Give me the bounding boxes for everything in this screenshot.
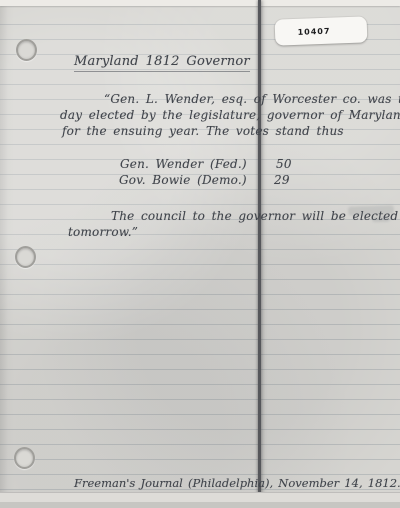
center-crease-line [258, 0, 261, 508]
page-top-edge [0, 0, 400, 6]
bleed-through-mark [348, 205, 394, 216]
binder-hole [16, 39, 37, 61]
closing-line: tomorrow.” [68, 225, 138, 239]
vote-row-name: Gen. Wender (Fed.) [120, 157, 247, 171]
bleed-through-mark [372, 216, 390, 223]
vote-row-value: 29 [274, 173, 290, 187]
page-title: Maryland 1812 Governor [74, 55, 250, 72]
citation-line: Freeman's Journal (Philadelphia), Novemb… [74, 476, 400, 490]
notebook-page-scan: 10407 Maryland 1812 Governor “Gen. L. We… [0, 0, 400, 508]
page-bottom-edge [0, 492, 400, 502]
binder-hole [15, 246, 36, 268]
quote-line: “Gen. L. Wender, esq. of Worcester co. w… [104, 92, 400, 106]
binder-hole [14, 447, 35, 469]
quote-line: for the ensuing year. The votes stand th… [62, 124, 344, 138]
catalog-number: 10407 [297, 26, 330, 36]
catalog-number-sticker: 10407 [275, 16, 368, 45]
vote-row-value: 50 [276, 157, 292, 171]
quote-line: day elected by the legislature, governor… [60, 108, 400, 122]
scan-bottom-strip [0, 502, 400, 508]
vote-row-name: Gov. Bowie (Demo.) [119, 173, 247, 187]
